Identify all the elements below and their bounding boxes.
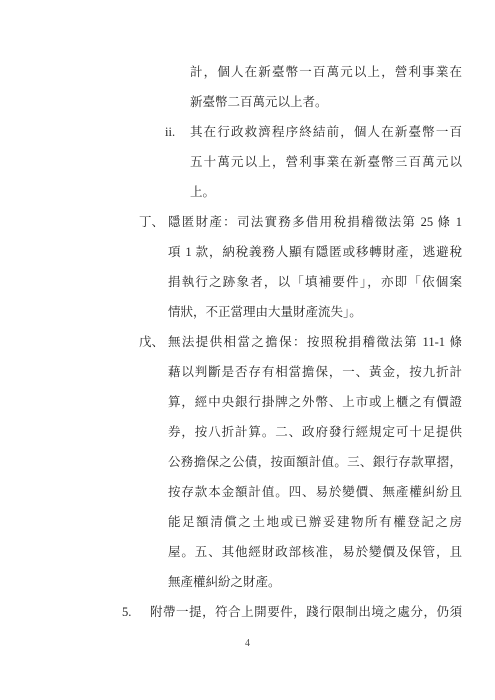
text-line: 公務擔保之公債，按面額計值。三、銀行存款單摺， [122,447,462,477]
line-text: 捐執行之跡象者，以「填補要件」，亦即「依個案 [168,275,462,289]
line-text: 按存款本金額計值。四、易於變價、無產權糾紛且 [168,485,462,499]
line-text: 無產權糾紛之財產。 [168,575,281,589]
text-line: 券，按八折計算。二、政府發行經規定可十足提供 [122,417,462,447]
list-marker: 丁、 [139,207,164,237]
text-line: 上。 [122,177,462,207]
text-line: 5. 附帶一提，符合上開要件，踐行限制出境之處分，仍須 [122,597,462,627]
line-text: 項 1 款，納稅義務人顯有隱匿或移轉財產，逃避稅 [168,245,462,259]
text-line: 無產權糾紛之財產。 [122,567,462,597]
line-text: 其在行政救濟程序終結前，個人在新臺幣一百 [190,125,462,139]
text-line: 戊、 無法提供相當之擔保：按照稅捐稽徵法第 11-1 條 [122,327,462,357]
line-text: 能足額清償之土地或已辦妥建物所有權登記之房 [168,515,462,529]
text-line: 項 1 款，納稅義務人顯有隱匿或移轉財產，逃避稅 [122,237,462,267]
text-line: 五十萬元以上，營利事業在新臺幣三百萬元以 [122,147,462,177]
text-line: 丁、 隱匿財產：司法實務多借用稅捐稽徵法第 25 條 1 [122,207,462,237]
line-text: 情狀，不正當理由大量財產流失」。 [168,305,362,319]
document-page: 計，個人在新臺幣一百萬元以上，營利事業在 新臺幣二百萬元以上者。 ii. 其在行… [0,0,495,700]
line-text: 計，個人在新臺幣一百萬元以上，營利事業在 [190,65,462,79]
line-text: 隱匿財產：司法實務多借用稅捐稽徵法第 25 條 1 [168,215,462,229]
line-text: 無法提供相當之擔保：按照稅捐稽徵法第 11-1 條 [168,335,462,349]
text-line: 情狀，不正當理由大量財產流失」。 [122,297,462,327]
line-text: 藉以判斷是否存有相當擔保，一、黃金，按九折計 [168,365,462,379]
text-line: 按存款本金額計值。四、易於變價、無產權糾紛且 [122,477,462,507]
line-text: 券，按八折計算。二、政府發行經規定可十足提供 [168,425,462,439]
text-line: ii. 其在行政救濟程序終結前，個人在新臺幣一百 [122,117,462,147]
line-text: 附帶一提，符合上開要件，踐行限制出境之處分，仍須 [150,605,462,619]
text-line: 屋。五、其他經財政部核准，易於變價及保管，且 [122,537,462,567]
text-line: 能足額清償之土地或已辦妥建物所有權登記之房 [122,507,462,537]
body-text-block: 計，個人在新臺幣一百萬元以上，營利事業在 新臺幣二百萬元以上者。 ii. 其在行… [122,57,462,627]
line-text: 上。 [190,185,215,199]
text-line: 新臺幣二百萬元以上者。 [122,87,462,117]
text-line: 計，個人在新臺幣一百萬元以上，營利事業在 [122,57,462,87]
line-text: 公務擔保之公債，按面額計值。三、銀行存款單摺， [168,455,462,469]
line-text: 新臺幣二百萬元以上者。 [190,95,328,109]
line-text: 屋。五、其他經財政部核准，易於變價及保管，且 [168,545,462,559]
list-marker: 戊、 [139,327,164,357]
text-line: 算，經中央銀行掛牌之外幣、上市或上櫃之有價證 [122,387,462,417]
text-line: 藉以判斷是否存有相當擔保，一、黃金，按九折計 [122,357,462,387]
page-number: 4 [0,636,495,652]
text-line: 捐執行之跡象者，以「填補要件」，亦即「依個案 [122,267,462,297]
list-marker: ii. [165,117,175,147]
line-text: 算，經中央銀行掛牌之外幣、上市或上櫃之有價證 [168,395,462,409]
line-text: 五十萬元以上，營利事業在新臺幣三百萬元以 [190,155,462,169]
list-marker: 5. [122,597,131,627]
